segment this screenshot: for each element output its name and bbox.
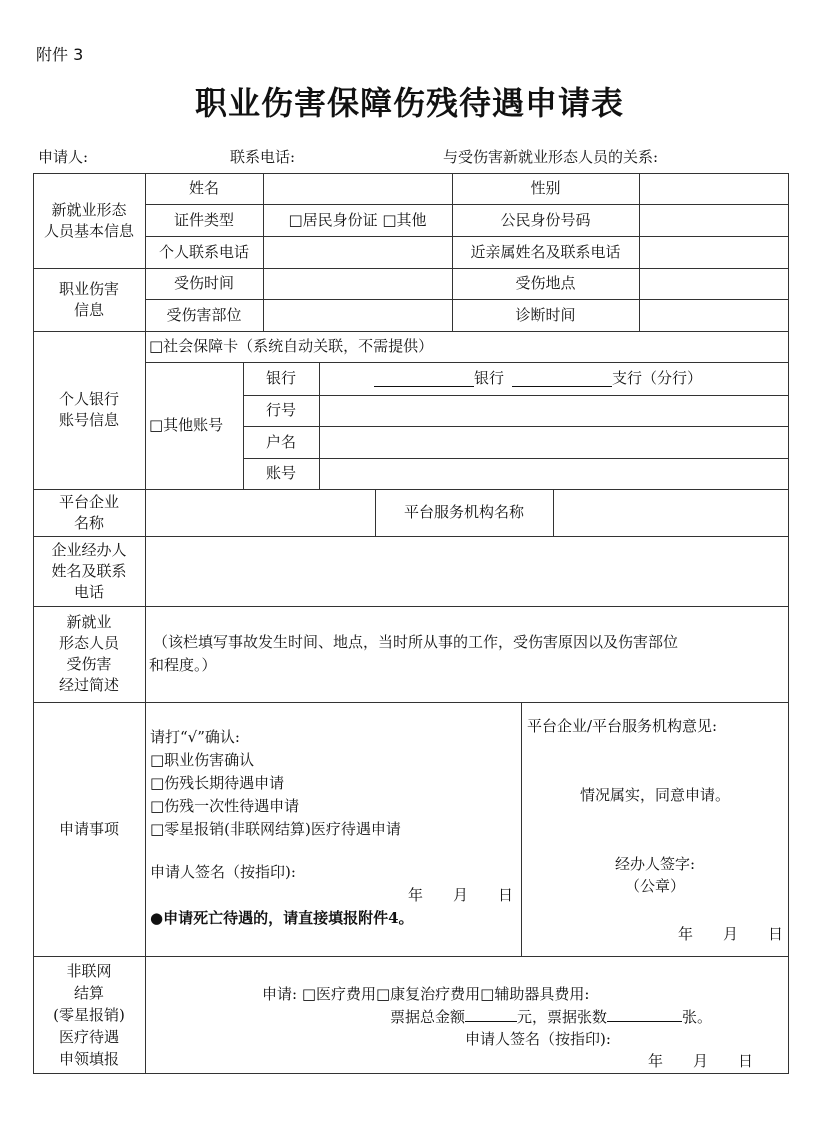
injury-part-field[interactable]	[263, 299, 452, 331]
bank-blank[interactable]	[374, 370, 474, 387]
total-amount-blank[interactable]	[465, 1005, 517, 1022]
account-no-label: 账号	[243, 458, 319, 489]
service-org-field[interactable]	[553, 489, 789, 536]
service-org-label: 平台服务机构名称	[375, 489, 553, 536]
item-injury-confirm[interactable]: □职业伤害确认	[150, 749, 515, 772]
agent-label: 企业经办人 姓名及联系 电话	[33, 536, 145, 606]
death-note: ●申请死亡待遇的，请直接填报附件4。	[150, 907, 515, 930]
injury-desc-hint-2: 和程度。）	[149, 654, 787, 677]
gender-field[interactable]	[639, 173, 789, 204]
injury-time-field[interactable]	[263, 268, 452, 299]
branch-suffix: 支行（分行）	[612, 368, 702, 389]
agent-sign-block[interactable]: 经办人签字: （公章）	[521, 853, 789, 897]
relation-label: 与受伤害新就业形态人员的关系:	[443, 146, 658, 167]
total-prefix: 票据总金额	[390, 1008, 465, 1026]
item-one-time[interactable]: □伤残一次性待遇申请	[150, 795, 515, 818]
injury-part-label: 受伤害部位	[145, 299, 263, 331]
opinion-block: 平台企业/平台服务机构意见:	[527, 715, 785, 738]
platform-company-field[interactable]	[145, 489, 375, 536]
injury-desc-label: 新就业 形态人员 受伤害 经过简述	[33, 606, 145, 702]
total-unit: 元，票据张数	[517, 1008, 607, 1026]
applicant-signature[interactable]: 申请人签名（按指印):	[150, 861, 515, 884]
injury-place-field[interactable]	[639, 268, 789, 299]
phone-label: 联系电话:	[230, 146, 295, 167]
branch-blank[interactable]	[512, 370, 612, 387]
application-items: 请打“√”确认: □职业伤害确认 □伤残长期待遇申请 □伤残一次性待遇申请 □零…	[150, 726, 515, 930]
id-number-field[interactable]	[639, 204, 789, 236]
id-type-options[interactable]: □居民身份证 □其他	[263, 204, 452, 236]
bank-info-section-label: 个人银行 账号信息	[33, 331, 145, 489]
basic-info-section-label: 新就业形态 人员基本信息	[33, 173, 145, 268]
bank-label: 银行	[243, 362, 319, 395]
bank-suffix: 银行	[474, 368, 504, 389]
applicant-label: 申请人:	[38, 146, 88, 167]
reimbursement-total-line: 票据总金额元，票据张数张。	[145, 1005, 789, 1028]
reimbursement-block: 申请: □医疗费用□康复治疗费用□辅助器具费用: 票据总金额元，票据张数张。 申…	[145, 983, 789, 1072]
form-title: 职业伤害保障伤残待遇申请表	[0, 78, 819, 124]
account-no-field[interactable]	[319, 458, 789, 489]
injury-info-section-label: 职业伤害 信息	[33, 268, 145, 331]
count-unit: 张。	[682, 1008, 712, 1026]
account-name-label: 户名	[243, 426, 319, 458]
injury-desc-field[interactable]: （该栏填写事故发生时间、地点，当时所从事的工作，受伤害原因以及伤害部位 和程度。…	[149, 631, 787, 677]
opinion-title: 平台企业/平台服务机构意见:	[527, 715, 785, 738]
item-long-term[interactable]: □伤残长期待遇申请	[150, 772, 515, 795]
social-card-checkbox[interactable]: □社会保障卡（系统自动关联，不需提供）	[145, 331, 789, 362]
other-account-checkbox[interactable]: □其他账号	[145, 362, 243, 489]
reimbursement-date[interactable]: 年 月 日	[145, 1050, 789, 1072]
bank-no-label: 行号	[243, 395, 319, 426]
injury-desc-hint-1: （该栏填写事故发生时间、地点，当时所从事的工作，受伤害原因以及伤害部位	[149, 631, 787, 654]
personal-phone-label: 个人联系电话	[145, 236, 263, 268]
reimbursement-apply-line[interactable]: 申请: □医疗费用□康复治疗费用□辅助器具费用:	[145, 983, 789, 1005]
opinion-date[interactable]: 年 月 日	[521, 923, 783, 946]
relative-label: 近亲属姓名及联系电话	[452, 236, 639, 268]
id-type-label: 证件类型	[145, 204, 263, 236]
gender-label: 性别	[452, 173, 639, 204]
bank-no-field[interactable]	[319, 395, 789, 426]
seal-label: （公章）	[521, 875, 789, 897]
injury-place-label: 受伤地点	[452, 268, 639, 299]
application-date[interactable]: 年 月 日	[150, 884, 515, 907]
id-number-label: 公民身份号码	[452, 204, 639, 236]
reimbursement-signature[interactable]: 申请人签名（按指印):	[145, 1028, 789, 1050]
personal-phone-field[interactable]	[263, 236, 452, 268]
bank-name-field[interactable]: 银行 支行（分行）	[319, 362, 789, 395]
relative-field[interactable]	[639, 236, 789, 268]
item-reimbursement[interactable]: □零星报销(非联网结算)医疗待遇申请	[150, 818, 515, 841]
injury-time-label: 受伤时间	[145, 268, 263, 299]
diagnosis-time-label: 诊断时间	[452, 299, 639, 331]
reimbursement-label: 非联网 结算 (零星报销) 医疗待遇 申领填报	[33, 956, 145, 1073]
agent-field[interactable]	[145, 536, 789, 606]
diagnosis-time-field[interactable]	[639, 299, 789, 331]
opinion-text: 情况属实，同意申请。	[521, 784, 789, 807]
name-label: 姓名	[145, 173, 263, 204]
platform-company-label: 平台企业 名称	[33, 489, 145, 536]
agent-sign-label: 经办人签字:	[521, 853, 789, 875]
receipt-count-blank[interactable]	[607, 1005, 682, 1022]
account-name-field[interactable]	[319, 426, 789, 458]
attachment-label: 附件 3	[36, 42, 83, 65]
confirm-prompt: 请打“√”确认:	[150, 726, 515, 749]
application-label: 申请事项	[33, 702, 145, 956]
application-form: 新就业形态 人员基本信息 姓名 性别 证件类型 □居民身份证 □其他 公民身份号…	[33, 173, 789, 1074]
name-field[interactable]	[263, 173, 452, 204]
